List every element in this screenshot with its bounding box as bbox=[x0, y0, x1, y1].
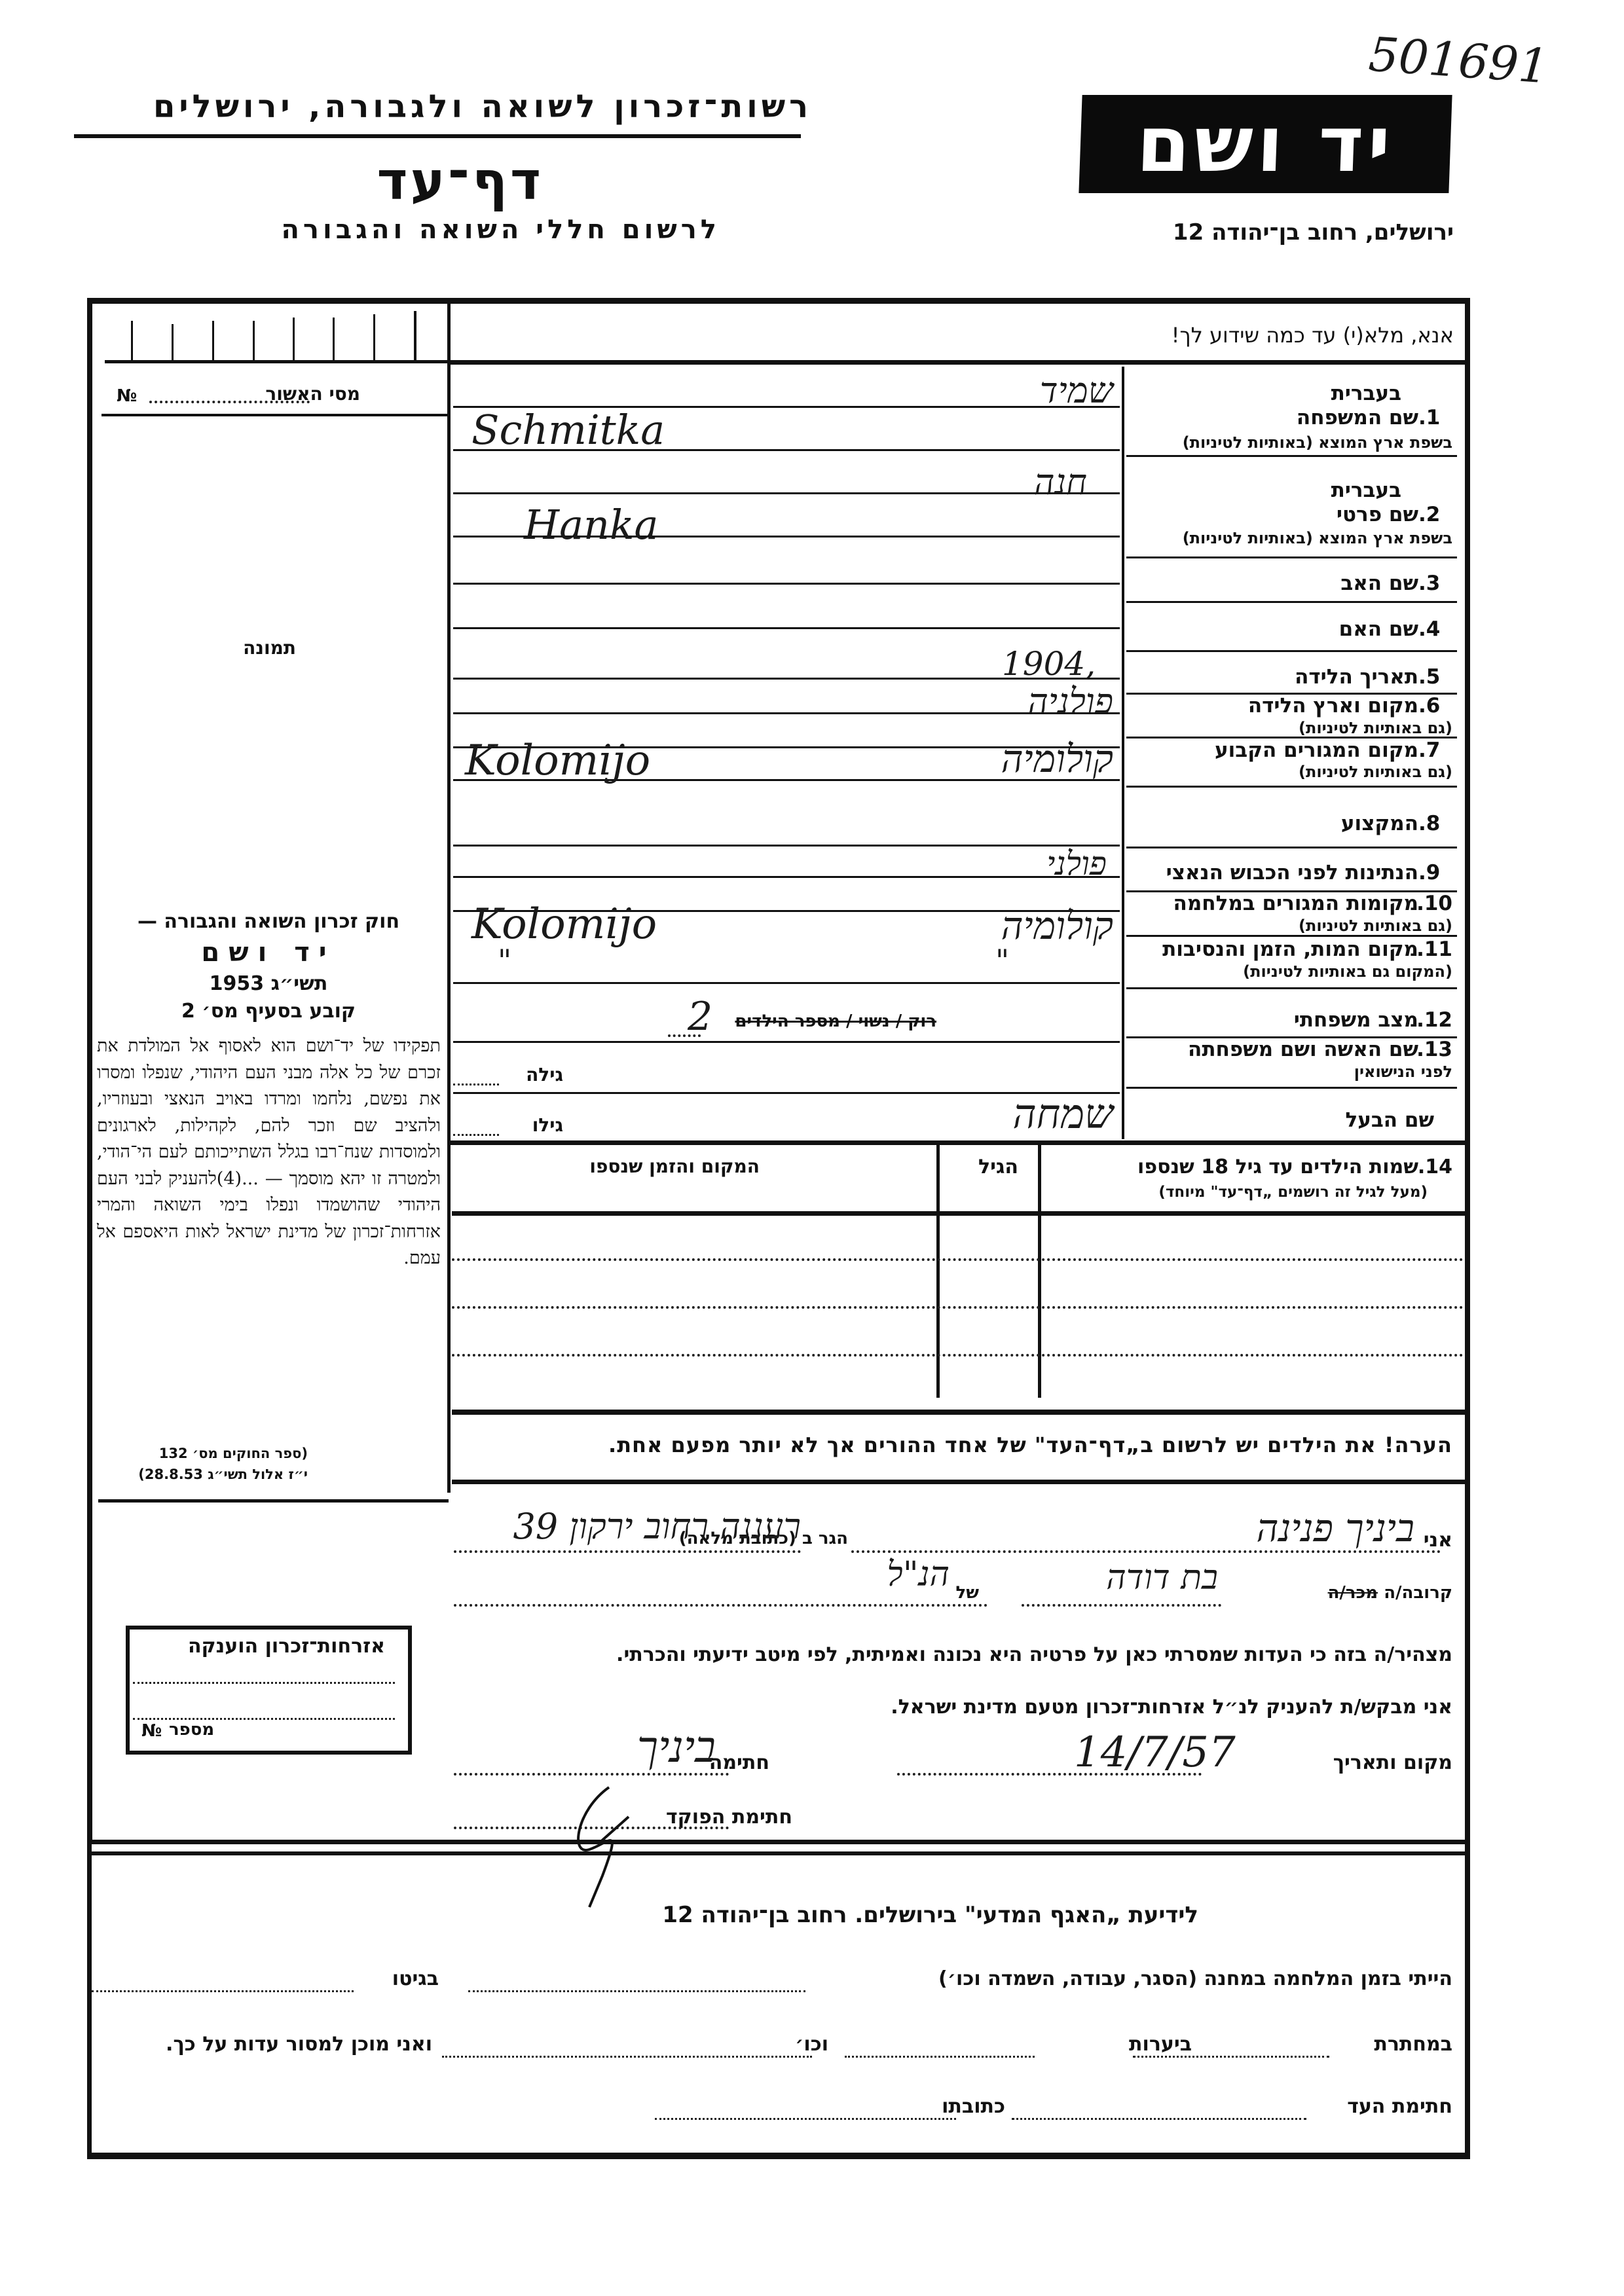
form-subtitle: לרשום חללי השואה והגבורה bbox=[281, 215, 720, 245]
footer-line1-b: בגיטו bbox=[392, 1967, 439, 1990]
sub-label: (גם באותיות לטיניות) bbox=[1299, 917, 1452, 935]
ghetto-field[interactable] bbox=[92, 1990, 354, 1992]
signature-field[interactable] bbox=[454, 1773, 729, 1776]
table-header-bottom bbox=[452, 1211, 1467, 1216]
husband-label: שם הבעל bbox=[1346, 1108, 1435, 1132]
sub-label: לפני הנישואין bbox=[1354, 1063, 1452, 1081]
footer-line2-a: במחתרת bbox=[1374, 2033, 1452, 2056]
relation-value[interactable]: בת דודה bbox=[1022, 1558, 1218, 1597]
husband-age-field[interactable] bbox=[453, 1134, 499, 1136]
field-9-label: 9.הנתינות לפני הכבוש הנאצי bbox=[1166, 861, 1452, 884]
table-row[interactable] bbox=[452, 1258, 1464, 1261]
residence-latin-value[interactable]: Kolomijo bbox=[465, 737, 650, 785]
sub-label: (המקום גם באותיות לטיניות) bbox=[1243, 962, 1452, 981]
col-place-header: המקום והזמן שנספו bbox=[589, 1156, 760, 1177]
law-heading: חוק זכרון השואה והגבורה — bbox=[98, 910, 439, 933]
logo-text: יד ושם bbox=[1135, 99, 1395, 189]
wartime-residence-hebrew-value[interactable]: קולומיה bbox=[851, 903, 1113, 948]
authority-underline bbox=[74, 134, 801, 138]
footer-top-rule-2 bbox=[87, 1851, 1470, 1855]
husband-name-value[interactable]: שמחה bbox=[917, 1090, 1113, 1139]
field-label: 2.שם פרטי bbox=[1337, 503, 1452, 526]
citizenship-title: אזרחות־זכרון הוענקה bbox=[130, 1635, 385, 1658]
address-field[interactable] bbox=[454, 1550, 801, 1553]
field-label: 1.שם המשפחה bbox=[1297, 406, 1452, 429]
archive-number: 501691 bbox=[1367, 27, 1550, 94]
field-8-label: 8.המקצוע bbox=[1341, 812, 1452, 835]
wartime-residence-latin-value[interactable]: Kolomijo bbox=[471, 900, 657, 949]
yad-vashem-logo: יד ושם bbox=[1079, 95, 1452, 193]
wife-age-label: גילה bbox=[526, 1064, 563, 1085]
note: הערה! את הילדים יש לרשום ב„דף־העד" של אח… bbox=[608, 1432, 1452, 1457]
rule bbox=[1126, 1087, 1457, 1089]
rule bbox=[1126, 455, 1457, 457]
no-symbol: № bbox=[117, 386, 137, 406]
nationality-value[interactable]: פולני bbox=[950, 845, 1107, 883]
sub-label: בשפת ארץ המוצא (באותיות לטיניות) bbox=[1183, 433, 1452, 452]
footer-line2-b: ביערות bbox=[1129, 2033, 1192, 2056]
authority-line: רשות־זכרון לשואה ולגבורה, ירושלים bbox=[153, 88, 812, 125]
place-date-value[interactable]: 14/7/57 bbox=[1074, 1728, 1236, 1777]
field-label: 6.מקום וארץ הלידה bbox=[1248, 694, 1452, 718]
officer-signature-label: חתימת הפוקד bbox=[666, 1806, 792, 1829]
death-place-latin-value[interactable]: " bbox=[498, 943, 511, 978]
address-value[interactable]: רעננה רחוב ירקון 39 bbox=[454, 1506, 801, 1547]
citizenship-no-symbol: № bbox=[141, 1721, 162, 1741]
sub-label: בשפת ארץ המוצא (באותיות לטיניות) bbox=[1183, 529, 1452, 547]
rule bbox=[1126, 847, 1457, 848]
table-bottom bbox=[452, 1410, 1467, 1415]
statement: מצהיר/ה בזה כי העדות שמסרתי כאן על פרטיה… bbox=[616, 1643, 1452, 1666]
place-date-label: מקום ותאריך bbox=[1333, 1751, 1452, 1774]
instructions-bottom bbox=[447, 360, 1469, 365]
field-label: 13.שם האשה ושם משפחתה bbox=[1188, 1038, 1452, 1061]
footer-line1-a: הייתי בזמן המלחמה במחנה (הסגר, עבודה, הש… bbox=[938, 1967, 1452, 1990]
law-clause: קובע בסעיף מס׳ 2 bbox=[98, 1000, 439, 1023]
footer-left-border bbox=[87, 1840, 92, 2154]
relation-field[interactable] bbox=[1022, 1604, 1221, 1607]
of-value[interactable]: הנ"ל bbox=[819, 1555, 950, 1594]
rule bbox=[1126, 556, 1457, 558]
law-name: יד ושם bbox=[98, 938, 439, 968]
field-label: 10.מקומות המגורים במלחמה bbox=[1173, 892, 1452, 915]
signature-value[interactable]: ביניך bbox=[454, 1722, 716, 1773]
surname-latin-value[interactable]: Schmitka bbox=[471, 406, 665, 454]
law-footnote-1: (ספר החוקים מס׳ 132 bbox=[98, 1446, 308, 1461]
sub-label: (גם באותיות לטיניות) bbox=[1299, 719, 1452, 737]
rule bbox=[1126, 935, 1457, 937]
signature-label: חתימה bbox=[709, 1751, 769, 1774]
law-body: תפקידו של יד־ושם הוא לאסוף אל המולדת את … bbox=[97, 1033, 441, 1272]
rule bbox=[1126, 786, 1457, 788]
approval-number-field[interactable] bbox=[149, 401, 310, 403]
witness-address-field[interactable] bbox=[655, 2118, 956, 2120]
note-bottom bbox=[452, 1480, 1467, 1484]
table-row[interactable] bbox=[452, 1306, 1464, 1309]
hebrew-tag: בעברית bbox=[1331, 382, 1401, 405]
footer-line3-a: חתימת העד bbox=[1347, 2095, 1452, 2118]
instructions: אנא, מלא(י) עד כמה שידוע לך! bbox=[1172, 323, 1454, 348]
footer-bottom-rule bbox=[87, 2153, 1470, 2159]
field-12-label: 12.מצב משפחתי bbox=[1294, 1008, 1452, 1032]
camp-field[interactable] bbox=[468, 1990, 805, 1992]
field-label: 7.מקום המגורים הקבוע bbox=[1215, 738, 1452, 762]
forests-field[interactable] bbox=[845, 2056, 1035, 2058]
residence-hebrew-value[interactable]: קולומיה bbox=[851, 737, 1113, 781]
children-subtitle: (מעל לגיל זה רושמים „דף־עד" מיוחד) bbox=[1158, 1184, 1428, 1201]
firstname-hebrew-value[interactable]: חנה bbox=[917, 462, 1087, 503]
law-footnote-2: י״ז אלול תשי״ג 28.8.53) bbox=[98, 1467, 308, 1482]
marital-options: רוק / נשוי / מספר הילדים bbox=[735, 1011, 936, 1031]
field-label: 11.מקום המות, הזמן והנסיבות bbox=[1162, 938, 1452, 961]
law-box-bottom bbox=[98, 1499, 449, 1503]
underground-field[interactable] bbox=[1133, 2056, 1329, 2058]
birthplace-value[interactable]: פולניה bbox=[917, 681, 1113, 722]
col-divider-2 bbox=[936, 1142, 940, 1398]
death-place-hebrew-value[interactable]: " bbox=[995, 943, 1009, 978]
field-3-label: 3.שם האב bbox=[1340, 572, 1452, 595]
children-count-value[interactable]: 2 bbox=[688, 994, 712, 1040]
wife-age-field[interactable] bbox=[453, 1084, 499, 1085]
footer-title: לידיעת „האגף המדעי" בירושלים. רחוב בן־יה… bbox=[662, 1902, 1198, 1928]
surname-hebrew-value[interactable]: שמיד bbox=[917, 370, 1113, 411]
officer-signature-scribble bbox=[563, 1784, 642, 1908]
children-title: 14.שמות הילדים עד גיל 18 שנספו bbox=[1137, 1156, 1452, 1178]
declarant-name-field[interactable] bbox=[851, 1550, 1441, 1553]
footer-top-rule-1 bbox=[87, 1840, 1470, 1844]
field-5-label: 5.תאריך הלידה bbox=[1295, 665, 1452, 689]
approval-bottom bbox=[101, 414, 449, 416]
of-field[interactable] bbox=[454, 1604, 987, 1607]
address: ירושלים, רחוב בן־יהודה 12 bbox=[1173, 219, 1454, 246]
citizenship-number-label: מספר bbox=[169, 1720, 214, 1740]
request: אני מבקש/ת להעניק לנ״ל אזרחות־זכרון מטעם… bbox=[891, 1696, 1452, 1719]
left-column-divider bbox=[447, 367, 451, 1493]
relative-label: קרובה/ה מכר/ה bbox=[1328, 1583, 1452, 1603]
rule bbox=[1126, 601, 1457, 603]
photo-label: תמונה bbox=[243, 637, 296, 659]
footer-line2-d: ואני מוכן למסור עדות על כך. bbox=[166, 2033, 432, 2056]
frame-left bbox=[87, 298, 92, 1840]
label-column-divider bbox=[1122, 367, 1124, 1139]
col-age-header: הגיל bbox=[978, 1156, 1018, 1178]
birthdate-value[interactable]: 1904, bbox=[1002, 645, 1096, 683]
etc-field[interactable] bbox=[442, 2056, 812, 2058]
sub-label: (גם באותיות לטיניות) bbox=[1299, 763, 1452, 781]
citizenship-field[interactable] bbox=[133, 1682, 395, 1684]
form-title: דף־עד bbox=[377, 151, 544, 211]
firstname-latin-value[interactable]: Hanka bbox=[524, 501, 659, 549]
frame-right bbox=[1465, 298, 1470, 2157]
ticks-bottom bbox=[105, 360, 449, 363]
declarant-name-value[interactable]: ביניך פנינה bbox=[1022, 1506, 1414, 1550]
law-year: תשי״ג 1953 bbox=[98, 972, 439, 995]
footer-line2-c: וכו׳ bbox=[795, 2033, 828, 2056]
field-4-label: 4.שם האם bbox=[1339, 617, 1452, 641]
instructions-divider bbox=[447, 301, 451, 367]
footer-line3-b: כתובתו bbox=[942, 2095, 1005, 2118]
of-label: של bbox=[956, 1583, 979, 1603]
table-row[interactable] bbox=[452, 1354, 1464, 1357]
witness-signature-field[interactable] bbox=[1012, 2118, 1306, 2120]
frame-top bbox=[87, 298, 1470, 304]
section-14-top bbox=[447, 1140, 1469, 1145]
col-divider-1 bbox=[1038, 1142, 1041, 1398]
citizenship-box: אזרחות־זכרון הוענקה № מספר bbox=[126, 1626, 412, 1755]
hebrew-tag: בעברית bbox=[1331, 479, 1401, 502]
rule bbox=[1126, 987, 1457, 989]
ani-label: אני bbox=[1424, 1529, 1452, 1552]
rule bbox=[1126, 650, 1457, 652]
husband-age-label: גילו bbox=[532, 1114, 563, 1136]
